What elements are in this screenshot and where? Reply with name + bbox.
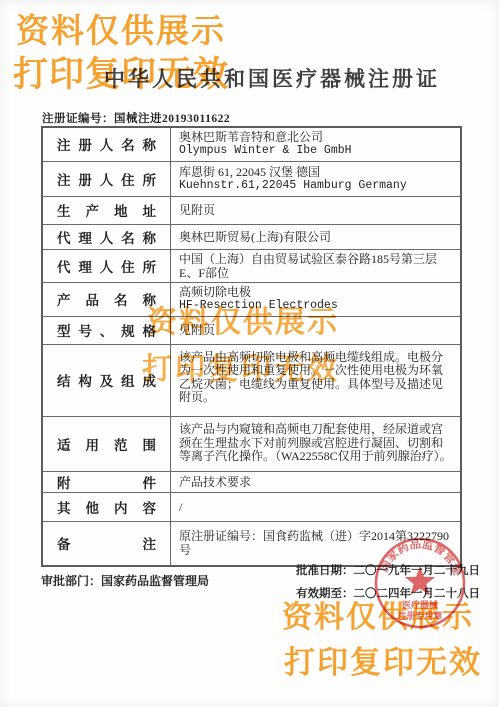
watermark-copy-invalid-top: 打印复印无效	[13, 57, 229, 92]
table-row: 注册人住所 库恩街 61, 22045 汉堡 德国 Kuehnstr.61,22…	[42, 161, 461, 196]
star-icon	[405, 566, 435, 595]
row-value: 奥林巴斯苇音特和意北公司 Olympus Winter & Ibe GmbH	[171, 127, 462, 161]
table-row: 代理人名称 奥林巴斯贸易(上海)有限公司	[42, 224, 461, 249]
certificate-page: 资料仅供展示 打印复印无效 资料仅供展示 打印复印无效 资料仅供展示 打印复印无…	[0, 0, 499, 707]
watermark-copy-invalid-bottom: 打印复印无效	[284, 647, 482, 678]
watermark-display-only-top: 资料仅供展示	[16, 14, 226, 47]
row-label: 生产地址	[42, 196, 171, 224]
value-line-cn: 奥林巴斯苇音特和意北公司	[179, 130, 454, 144]
table-row: 适用范围 该产品与内窥镜和高频电刀配套使用，经尿道或宫颈在生理盐水下对前列腺或宫…	[42, 416, 461, 471]
value-line-cn: 库恩街 61, 22045 汉堡 德国	[179, 165, 454, 179]
watermark-copy-invalid-middle: 打印复印无效	[142, 355, 340, 385]
row-label: 附件	[42, 471, 171, 492]
watermark-display-only-bottom: 资料仅供展示	[282, 603, 474, 633]
registration-number: 注册证编号：国械注进20193011622	[42, 110, 230, 126]
approval-department: 审批部门：国家药品监督管理局	[41, 572, 209, 589]
row-label: 代理人住所	[42, 249, 171, 282]
table-row: 注册人名称 奥林巴斯苇音特和意北公司 Olympus Winter & Ibe …	[42, 127, 461, 161]
row-label: 其他内容	[42, 492, 171, 521]
row-value: 奥林巴斯贸易(上海)有限公司	[171, 224, 462, 249]
table-row: 代理人住所 中国（上海）自由贸易试验区泰谷路185号第三层E、F部位	[42, 249, 461, 282]
row-value: 该产品与内窥镜和高频电刀配套使用，经尿道或宫颈在生理盐水下对前列腺或宫腔进行凝固…	[171, 416, 462, 471]
value-line-en: Olympus Winter & Ibe GmbH	[179, 144, 454, 158]
row-value: /	[171, 492, 462, 521]
row-label: 代理人名称	[42, 224, 171, 249]
value-line-en: Kuehnstr.61,22045 Hamburg Germany	[179, 179, 454, 193]
table-row: 生产地址 见附页	[42, 196, 461, 224]
row-label: 备注	[42, 521, 171, 566]
table-row: 其他内容 /	[42, 492, 461, 521]
row-label: 适用范围	[42, 416, 171, 471]
row-label: 注册人住所	[42, 161, 171, 196]
value-line-cn: 高频切除电极	[179, 285, 454, 299]
row-value: 中国（上海）自由贸易试验区泰谷路185号第三层E、F部位	[171, 249, 462, 282]
row-value: 见附页	[171, 196, 462, 224]
row-value: 产品技术要求	[171, 471, 462, 492]
certificate-table: 注册人名称 奥林巴斯苇音特和意北公司 Olympus Winter & Ibe …	[41, 126, 462, 567]
seal-arc-text: 国家药品监督管理局	[372, 535, 464, 577]
row-value: 库恩街 61, 22045 汉堡 德国 Kuehnstr.61,22045 Ha…	[171, 161, 462, 196]
row-label: 注册人名称	[42, 127, 171, 161]
watermark-display-only-middle: 资料仅供展示	[147, 308, 339, 338]
table-row: 附件 产品技术要求	[42, 471, 461, 492]
